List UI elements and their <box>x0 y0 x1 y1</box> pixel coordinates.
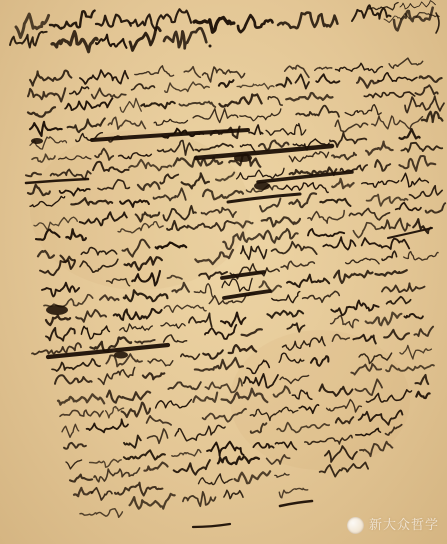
handwriting-svg <box>0 0 447 544</box>
manuscript-scan: 新大众哲学 <box>0 0 447 544</box>
